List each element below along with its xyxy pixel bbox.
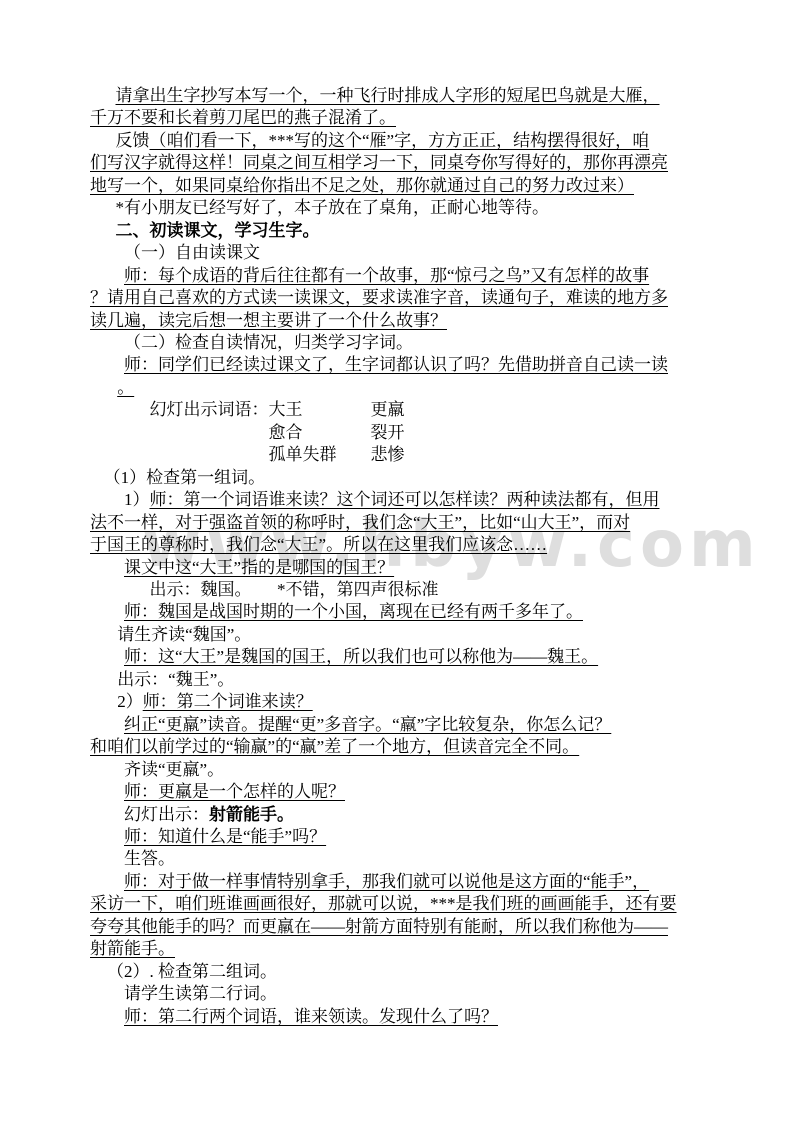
underlined-text: 读几遍，读完后想一想主要讲了一个什么故事？ [90, 311, 447, 330]
underlined-text: 。 [117, 378, 134, 397]
text-line: 师：第二行两个词语，谁来领读。发现什么了吗？ [90, 1006, 712, 1028]
underlined-text: 法不一样，对于强盗首领的称呼时，我们念“大王”，比如“山大王”，而对 [90, 513, 630, 532]
text-line: 1）师：第一个词语谁来读？这个词还可以怎样读？两种读法都有，但用 [90, 489, 712, 511]
text-line: 二、初读课文，学习生字。 [90, 220, 712, 242]
underlined-text: 师：第二行两个词语，谁来领读。发现什么了吗？ [124, 1007, 498, 1026]
text-line: 出示：魏国。 *不错，第四声很标准 [90, 579, 712, 601]
plain-text: 幻灯出示： [124, 805, 209, 824]
underlined-text: 射箭能手。 [90, 939, 175, 958]
plain-text: （一）自由读课文 [124, 243, 260, 262]
document-body: 请拿出生字抄写本写一个，一种飞行时排成人字形的短尾巴鸟就是大雁，千万不要和长着剪… [90, 85, 712, 1028]
text-line: ？请用自己喜欢的方式读一读课文，要求读准字音，读通句子，难读的地方多 [90, 287, 712, 309]
text-line: 师：魏国是战国时期的一个小国，离现在已经有两千多年了。 [90, 601, 712, 623]
plain-text: 齐读“更羸”。 [124, 760, 224, 779]
underlined-text: 师：第二个词谁来读？ [143, 692, 313, 711]
plain-text: 出示：魏国。 *不错，第四声很标准 [150, 580, 439, 599]
bold-text: 二、初读课文，学习生字。 [116, 221, 320, 240]
text-line: 夸夸其他能手的吗？而更羸在——射箭方面特别有能耐，所以我们称他为—— [90, 916, 712, 938]
text-line: 们写汉字就得这样！同桌之间互相学习一下，同桌夸你写得好的，那你再漂亮 [90, 152, 712, 174]
underlined-text: （咱们看一下，***写的这个“雁”字，方方正正，结构摆得很好，咱 [150, 131, 650, 150]
underlined-text: 师：同学们已经读过课文了，生字词都认识了吗？先借助拼音自己读一读 [124, 355, 668, 374]
plain-text: 幻灯出示词语：大王 更羸 [150, 400, 405, 419]
text-line: 师：更羸是一个怎样的人呢？ [90, 781, 712, 803]
underlined-text: 和咱们以前学过的“输赢”的“赢”差了一个地方，但读音完全不同。 [90, 737, 579, 756]
underlined-text: 师：第一个词语谁来读？这个词还可以怎样读？两种读法都有，但用 [150, 490, 660, 509]
plain-text: 生答。 [124, 849, 175, 868]
plain-text: （2）. 检查第二组词。 [107, 962, 277, 981]
text-line: 采访一下，咱们班谁画画很好，那就可以说，***是我们班的画画能手，还有要 [90, 893, 712, 915]
plain-text: （二）检查自读情况，归类学习字词。 [124, 333, 413, 352]
text-line: 于国王的尊称时，我们念“大王”。所以在这里我们应该念…… [90, 534, 712, 556]
text-line: 请拿出生字抄写本写一个，一种飞行时排成人字形的短尾巴鸟就是大雁， [90, 85, 712, 107]
underlined-text: ？请用自己喜欢的方式读一读课文，要求读准字音，读通句子，难读的地方多 [90, 288, 668, 307]
underlined-text: 夸夸其他能手的吗？而更羸在——射箭方面特别有能耐，所以我们称他为—— [90, 917, 668, 936]
underlined-text: 请拿出生字抄写本写一个，一种飞行时排成人字形的短尾巴鸟就是大雁， [116, 86, 660, 105]
plain-text: 请学生读第二行词。 [124, 984, 277, 1003]
text-line: 齐读“更羸”。 [90, 759, 712, 781]
plain-text: 愈合 裂开 [150, 423, 405, 442]
text-line: 和咱们以前学过的“输赢”的“赢”差了一个地方，但读音完全不同。 [90, 736, 712, 758]
text-line: 师：每个成语的背后往往都有一个故事，那“惊弓之鸟”又有怎样的故事 [90, 265, 712, 287]
text-line: 幻灯出示词语：大王 更羸 [90, 399, 712, 421]
underlined-text: 师：对于做一样事情特别拿手，那我们就可以说他是这方面的“能手”， [124, 872, 649, 891]
text-line: 师：知道什么是“能手”吗？ [90, 826, 712, 848]
text-line: 师：同学们已经读过课文了，生字词都认识了吗？先借助拼音自己读一读 [90, 354, 712, 376]
plain-text: 2） [117, 692, 143, 711]
underlined-text: 地写一个，如果同桌给你指出不足之处，那你就通过自己的努力改过来） [90, 176, 634, 195]
text-line: （一）自由读课文 [90, 242, 712, 264]
text-line: 请生齐读“魏国”。 [90, 624, 712, 646]
text-line: 地写一个，如果同桌给你指出不足之处，那你就通过自己的努力改过来） [90, 175, 712, 197]
plain-text: 出示：“魏王”。 [117, 670, 234, 689]
text-line: 师：这“大王”是魏国的国王，所以我们也可以称他为——魏王。 [90, 646, 712, 668]
text-line: 纠正“更羸”读音。提醒“更”多音字。“羸”字比较复杂，你怎么记？ [90, 714, 712, 736]
underlined-text: 课文中这“大王”指的是哪国的国王？ [124, 558, 394, 577]
text-line: 读几遍，读完后想一想主要讲了一个什么故事？ [90, 310, 712, 332]
text-line: *有小朋友已经写好了，本子放在了桌角，正耐心地等待。 [90, 197, 712, 219]
underlined-text: 千万不要和长着剪刀尾巴的燕子混淆了。 [90, 108, 396, 127]
underlined-text: 纠正“更羸”读音。提醒“更”多音字。“羸”字比较复杂，你怎么记？ [124, 715, 611, 734]
underlined-text: 师：更羸是一个怎样的人呢？ [124, 782, 345, 801]
text-line: （2）. 检查第二组词。 [90, 961, 712, 983]
underlined-text: 采访一下，咱们班谁画画很好，那就可以说，***是我们班的画画能手，还有要 [90, 894, 677, 913]
text-line: 师：对于做一样事情特别拿手，那我们就可以说他是这方面的“能手”， [90, 871, 712, 893]
text-line: 法不一样，对于强盗首领的称呼时，我们念“大王”，比如“山大王”，而对 [90, 512, 712, 534]
text-line: 愈合 裂开 [90, 422, 712, 444]
text-line: 千万不要和长着剪刀尾巴的燕子混淆了。 [90, 107, 712, 129]
underlined-text: 师：知道什么是“能手”吗？ [124, 827, 326, 846]
text-line: （二）检查自读情况，归类学习字词。 [90, 332, 712, 354]
document-page: www.hbyw.com 请拿出生字抄写本写一个，一种飞行时排成人字形的短尾巴鸟… [0, 0, 800, 1132]
plain-text: 请生齐读“魏国”。 [117, 625, 251, 644]
text-line: 。 [90, 377, 712, 399]
text-line: 幻灯出示：射箭能手。 [90, 804, 712, 826]
underlined-text: 师：魏国是战国时期的一个小国，离现在已经有两千多年了。 [124, 602, 583, 621]
underlined-text: 们写汉字就得这样！同桌之间互相学习一下，同桌夸你写得好的，那你再漂亮 [90, 153, 668, 172]
text-line: 2）师：第二个词谁来读？ [90, 691, 712, 713]
underlined-text: 师：每个成语的背后往往都有一个故事，那“惊弓之鸟”又有怎样的故事 [124, 266, 649, 285]
text-line: 孤单失群 悲惨 [90, 444, 712, 466]
plain-text: 反馈 [116, 131, 150, 150]
text-line: 射箭能手。 [90, 938, 712, 960]
text-line: （1）检查第一组词。 [90, 467, 712, 489]
underlined-text: 于国王的尊称时，我们念“大王”。所以在这里我们应该念…… [90, 535, 547, 554]
text-line: 生答。 [90, 848, 712, 870]
bold-text: 射箭能手。 [209, 805, 294, 824]
underlined-text: 师：这“大王”是魏国的国王，所以我们也可以称他为——魏王。 [124, 647, 598, 666]
plain-text: 孤单失群 悲惨 [150, 445, 405, 464]
plain-text: *有小朋友已经写好了，本子放在了桌角，正耐心地等待。 [116, 198, 550, 217]
plain-text: 1） [124, 490, 150, 509]
text-line: 出示：“魏王”。 [90, 669, 712, 691]
text-line: 反馈（咱们看一下，***写的这个“雁”字，方方正正，结构摆得很好，咱 [90, 130, 712, 152]
text-line: 请学生读第二行词。 [90, 983, 712, 1005]
text-line: 课文中这“大王”指的是哪国的国王？ [90, 557, 712, 579]
plain-text: （1）检查第一组词。 [104, 468, 266, 487]
